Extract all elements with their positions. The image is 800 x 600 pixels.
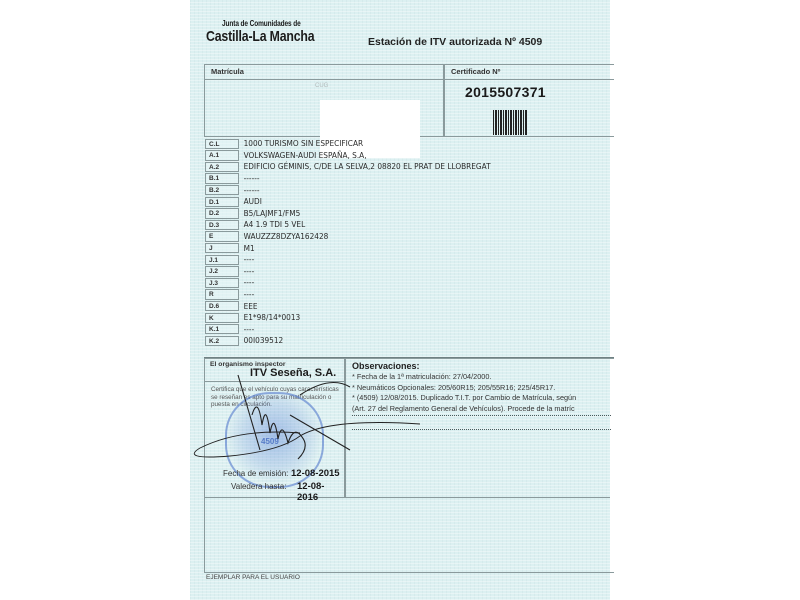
table-row: K.1---- [205,324,600,336]
row-code: J.2 [205,266,239,276]
row-value: ---- [239,255,254,264]
row-code: D.6 [205,301,239,311]
table-row: A.1VOLKSWAGEN-AUDI ESPAÑA, S.A, [205,150,600,162]
row-value: B5/LAJMF1/FM5 [239,209,300,218]
table-row: JM1 [205,242,600,254]
row-code: B.2 [205,185,239,195]
dotted-line [352,429,611,430]
row-value: VOLKSWAGEN-AUDI ESPAÑA, S.A, [239,151,367,160]
row-value: ---- [239,278,254,287]
row-value: A4 1.9 TDI 5 VEL [239,220,305,229]
table-row: D.1AUDI [205,196,600,208]
certificado-number: 2015507371 [465,84,546,100]
table-row: J.1---- [205,254,600,266]
vehicle-data-table: C.L1000 TURISMO SIN ESPECIFICARA.1VOLKSW… [205,138,600,347]
row-value: EDIFICIO GÉMINIS, C/DE LA SELVA,2 08820 … [239,162,491,171]
row-code: K [205,313,239,323]
barcode-icon [493,110,528,135]
table-row: K.200I039512 [205,335,600,347]
row-code: K.1 [205,324,239,334]
row-code: C.L [205,139,239,149]
row-value: 1000 TURISMO SIN ESPECIFICAR [239,139,363,148]
row-value: WAUZZZ8DZYA162428 [239,232,328,241]
matricula-label: Matrícula [205,65,443,80]
table-row: B.2------ [205,184,600,196]
table-row: D.2B5/LAJMF1/FM5 [205,208,600,220]
table-row: R---- [205,289,600,301]
row-value: AUDI [239,197,262,206]
row-value: ---- [239,267,254,276]
row-code: E [205,231,239,241]
table-row: J.3---- [205,277,600,289]
observacion-item: * Fecha de la 1ª matriculación: 27/04/20… [352,372,612,383]
row-code: D.3 [205,220,239,230]
row-code: A.2 [205,162,239,172]
observacion-item: * (4509) 12/08/2015. Duplicado T.I.T. po… [352,393,612,404]
table-row: KE1*98/14*0013 [205,312,600,324]
row-code: B.1 [205,173,239,183]
org-title: Castilla-La Mancha [206,28,314,45]
table-row: D.6EEE [205,300,600,312]
table-row: C.L1000 TURISMO SIN ESPECIFICAR [205,138,600,150]
itv-certificate-document: Junta de Comunidades de Castilla-La Manc… [190,0,610,600]
row-code: R [205,289,239,299]
row-value: 00I039512 [239,336,283,345]
certificado-label: Certificado Nº [445,65,614,80]
observaciones-list: * Fecha de la 1ª matriculación: 27/04/20… [352,372,612,414]
row-value: E1*98/14*0013 [239,313,300,322]
row-value: ---- [239,325,254,334]
dotted-line [352,415,611,416]
row-value: ------ [239,186,260,195]
row-code: D.1 [205,197,239,207]
row-value: ------ [239,174,260,183]
signature-icon [190,355,390,495]
table-row: J.2---- [205,266,600,278]
table-row: D.3A4 1.9 TDI 5 VEL [205,219,600,231]
row-code: A.1 [205,150,239,160]
faint-mark: CUG [315,83,328,89]
footer-copy-label: EJEMPLAR PARA EL USUARIO [206,574,300,581]
observacion-item: * Neumáticos Opcionales: 205/60R15; 205/… [352,383,612,394]
row-value: M1 [239,244,255,253]
row-code: J.1 [205,255,239,265]
row-code: K.2 [205,336,239,346]
observacion-item: (Art. 27 del Reglamento General de Vehíc… [352,404,612,415]
row-code: D.2 [205,208,239,218]
row-code: J.3 [205,278,239,288]
table-row: EWAUZZZ8DZYA162428 [205,231,600,243]
table-row: A.2EDIFICIO GÉMINIS, C/DE LA SELVA,2 088… [205,161,600,173]
row-code: J [205,243,239,253]
row-value: ---- [239,290,254,299]
row-value: EEE [239,302,258,311]
table-row: B.1------ [205,173,600,185]
station-title: Estación de ITV autorizada Nº 4509 [368,36,542,48]
certificado-box: Certificado Nº 2015507371 [444,64,614,137]
